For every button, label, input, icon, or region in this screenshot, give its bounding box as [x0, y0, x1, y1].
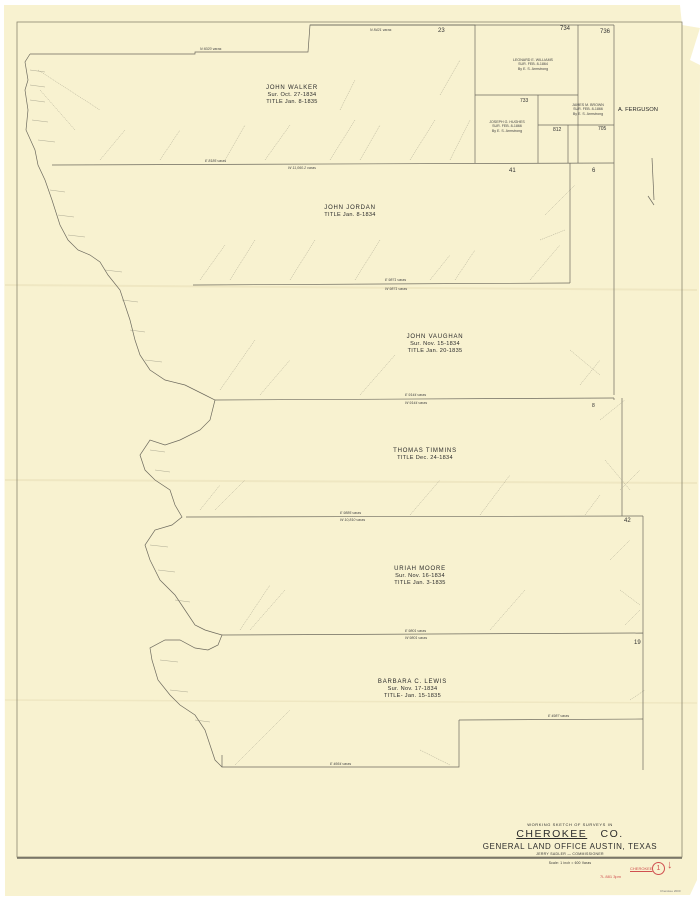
down-arrow-icon: ↓: [667, 860, 673, 871]
title-block: WORKING SKETCH OF SURVEYS IN CHEROKEE CO…: [470, 822, 670, 865]
section-number: 42: [624, 518, 631, 524]
line-call: E 9144 varas: [405, 393, 426, 397]
document-number: Cherokee 2000: [660, 889, 681, 893]
commissioner: JERRY SADLER — COMMISSIONER: [470, 852, 670, 856]
survey-map-sheet: JOHN WALKER Sur. Oct. 27-1834 TITLE Jan.…: [0, 0, 700, 900]
survey-label-barbara-lewis: BARBARA C. LEWIS Sur. Nov. 17-1834 TITLE…: [370, 679, 455, 700]
county-title: CHEROKEE CO.: [470, 828, 670, 840]
section-number: 736: [600, 29, 610, 35]
circled-sheet-number: 1: [652, 862, 665, 875]
line-call: E 9885 varas: [340, 511, 361, 515]
line-call: N 8421 varas: [370, 28, 391, 32]
line-call: W 9144 varas: [405, 401, 427, 405]
line-call: W 11,060.2 varas: [288, 166, 316, 170]
line-call: E 9801 varas: [405, 629, 426, 633]
red-stamp-note: CHEROKEE: [630, 866, 652, 871]
section-number: 8: [592, 403, 595, 409]
survey-label-leonard-williams: LEONARD E. WILLIAMS SUR. FEB. 8-1864 By …: [498, 58, 568, 71]
survey-label-uriah-moore: URIAH MOORE Sur. Nov. 16-1834 TITLE Jan.…: [380, 566, 460, 587]
survey-label-john-vaughan: JOHN VAUGHAN Sur. Nov. 15-1834 TITLE Jan…: [395, 334, 475, 355]
line-call: W 9801 varas: [405, 636, 427, 640]
survey-label-john-walker: JOHN WALKER Sur. Oct. 27-1834 TITLE Jan.…: [252, 85, 332, 106]
line-call: N 6020 varas: [200, 47, 221, 51]
line-call: W 10,810 varas: [340, 518, 365, 522]
adjoining-survey-ferguson: A. FERGUSON: [618, 107, 658, 113]
section-number: 6: [592, 168, 595, 174]
section-number: 41: [509, 168, 516, 174]
line-call: W 9871 varas: [385, 287, 407, 291]
survey-label-john-jordan: JOHN JORDAN TITLE Jan. 8-1834: [310, 205, 390, 219]
line-call: E 9871 varas: [385, 278, 406, 282]
line-call: E 8185 varas: [205, 159, 226, 163]
survey-label-james-brown: JAMES M. BROWN SUR. FEB. 8-1866 By E. S.…: [560, 103, 616, 116]
line-call: E 4987 varas: [548, 714, 569, 718]
survey-label-thomas-timmins: THOMAS TIMMINS TITLE Dec. 24-1834: [385, 448, 465, 462]
office-title: GENERAL LAND OFFICE AUSTIN, TEXAS: [470, 842, 670, 851]
scale-note: Scale: 1 inch = 600 Varas: [470, 861, 670, 865]
section-number: 734: [560, 26, 570, 32]
section-number: 19: [634, 640, 641, 646]
line-call: E 4664 varas: [330, 762, 351, 766]
section-number: 812: [553, 127, 561, 133]
survey-label-joseph-hughes: JOSEPH G. HUGHES SUR. FEB. 8-1866 By E. …: [476, 120, 538, 133]
section-number: 705: [598, 126, 606, 132]
section-number: 23: [438, 28, 445, 34]
section-number: 733: [520, 98, 528, 104]
title-heading: WORKING SKETCH OF SURVEYS IN: [470, 822, 670, 827]
red-stamp-note-2: 7L 881 3pm: [600, 874, 621, 879]
